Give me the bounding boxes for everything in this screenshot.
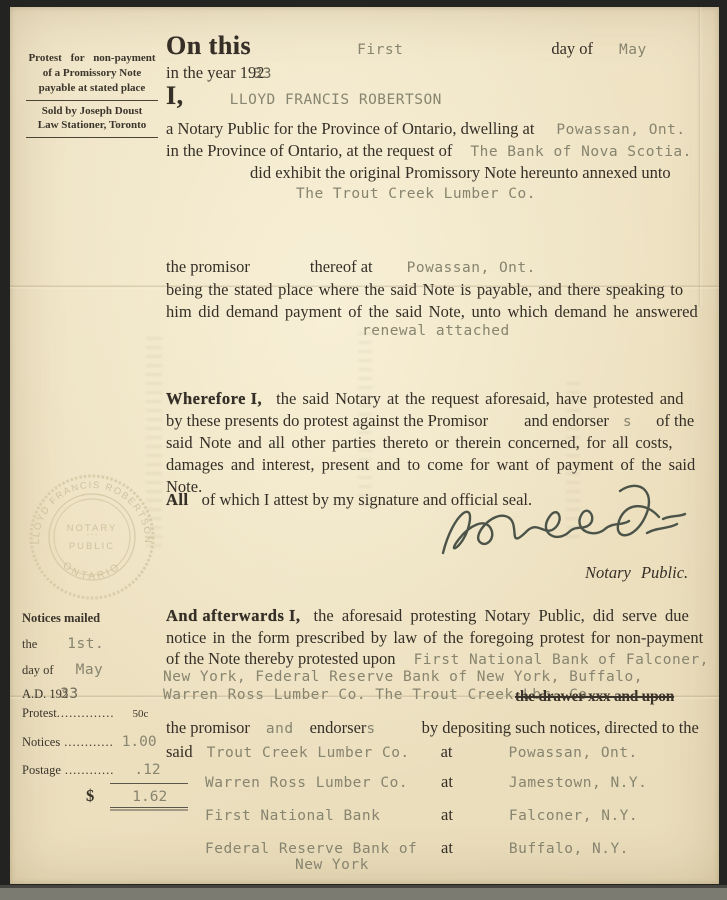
stamp-line: of a Promissory Note — [20, 66, 164, 81]
seal-dashes: - - - — [87, 532, 99, 539]
said-label: said — [166, 742, 193, 761]
endorser-s-typed: s — [623, 414, 632, 430]
mailed-day-value: 1st. — [67, 636, 104, 652]
promisor-company: The Trout Creek Lumber Co. — [296, 186, 536, 202]
demand-place: Powassan, Ont. — [407, 260, 536, 276]
year-label: in the year 192 — [166, 63, 265, 82]
seal-arc-bottom-text: ONTARIO — [60, 560, 123, 582]
intro-line: did exhibit the original Promissory Note… — [250, 163, 671, 182]
stationer-stamp: Protest for non-payment of a Promissory … — [20, 51, 164, 141]
svg-text:ONTARIO: ONTARIO — [60, 560, 123, 582]
stamp-line: Protest for non-payment — [20, 51, 164, 66]
stamp-rule — [26, 137, 158, 138]
notary-seal: LLOYD FRANCIS ROBERTSON ONTARIO NOTARY -… — [26, 471, 158, 603]
total-rule — [110, 783, 188, 784]
stamp-rule — [26, 100, 158, 101]
demand-line: being the stated place where the said No… — [166, 280, 683, 299]
fee-label: Postage — [22, 763, 61, 777]
wherefore-line: and endorser — [524, 411, 609, 430]
service-row: First National Bank at Falconer, N.Y. — [205, 805, 638, 825]
afterwards-word: And afterwards I, — [166, 606, 301, 625]
currency-sign: $ — [86, 786, 94, 805]
fee-total-value: 1.62 — [132, 789, 167, 805]
fee-dots: .............. — [57, 706, 115, 720]
total-double-rule — [110, 807, 188, 808]
served-place: Buffalo, N.Y. — [509, 841, 629, 857]
stamp-line: Sold by Joseph Doust — [20, 104, 164, 119]
notary-name: LLOYD FRANCIS ROBERTSON — [230, 92, 442, 108]
notified-party: New York, Federal Reserve Bank of New Yo… — [163, 669, 643, 685]
service-row: said Trout Creek Lumber Co. at Powassan,… — [166, 742, 638, 762]
afterwards-line: notice in the form prescribed by law of … — [166, 628, 703, 647]
fee-value: 50c — [132, 708, 148, 720]
wherefore-line: said Note and all other parties thereto … — [166, 433, 673, 452]
fee-dots: ............ — [65, 763, 115, 777]
fee-dots: ............ — [64, 735, 114, 749]
afterwards-line: the aforesaid protesting Notary Public, … — [314, 606, 689, 625]
attest-word: All — [166, 490, 189, 509]
wherefore-line: by these presents do protest against the… — [166, 411, 488, 430]
answer-value: renewal attached — [362, 323, 510, 339]
service-row: Warren Ross Lumber Co. at Jamestown, N.Y… — [205, 772, 647, 792]
served-name: First National Bank — [205, 808, 437, 824]
year-typed: 33 — [254, 66, 272, 82]
intro-line: in the Province of Ontario, at the reque… — [166, 141, 452, 160]
wherefore-line: of the — [656, 411, 694, 430]
dwelling-place: Powassan, Ont. — [556, 122, 685, 138]
served-name-line2: New York — [295, 857, 369, 873]
day-of-label: day of — [22, 663, 54, 677]
notices-mailed-label: Notices mailed — [22, 611, 100, 625]
ad-year-typed: 33 — [60, 686, 78, 702]
served-name: Warren Ross Lumber Co. — [205, 775, 437, 791]
day-of-label: day of — [551, 39, 593, 58]
notary-public-label: Notary Public. — [585, 563, 688, 582]
the-label: the — [22, 637, 37, 651]
demand-line: him did demand payment of the said Note,… — [166, 302, 698, 321]
service-intro: by depositing such notices, directed to … — [422, 718, 699, 737]
wherefore-line: the said Notary at the request aforesaid… — [276, 389, 683, 408]
on-this-heading: On this — [166, 31, 251, 60]
served-place: Falconer, N.Y. — [509, 808, 638, 824]
wherefore-line: damages and interest, present and to com… — [166, 455, 695, 474]
mailed-month-value: May — [76, 662, 104, 678]
endorser-s-typed: s — [366, 721, 375, 737]
stamp-line: payable at stated place — [20, 81, 164, 96]
service-row-cont: New York — [295, 856, 369, 874]
at-label: at — [441, 805, 453, 824]
served-name: Trout Creek Lumber Co. — [207, 745, 437, 761]
fee-label: Notices — [22, 735, 60, 749]
photo-frame-strip — [0, 888, 727, 900]
served-place: Jamestown, N.Y. — [509, 775, 647, 791]
struck-out-text: the drawer xxx and upon — [515, 688, 674, 705]
served-place: Powassan, Ont. — [509, 745, 638, 761]
fee-value: .12 — [134, 762, 160, 778]
seal-center-text: PUBLIC — [69, 541, 115, 552]
service-intro: endorser — [310, 718, 367, 737]
stamp-line: Law Stationer, Toronto — [20, 118, 164, 133]
notary-signature — [435, 475, 690, 575]
document-photo: Protest for non-payment of a Promissory … — [0, 0, 727, 900]
fee-row-notices: Notices ............ 1.00 — [22, 733, 182, 751]
intro-line: a Notary Public for the Province of Onta… — [166, 119, 534, 138]
served-name: Federal Reserve Bank of — [205, 841, 437, 857]
at-label: at — [441, 772, 453, 791]
month-value: May — [619, 42, 647, 58]
wherefore-word: Wherefore I, — [166, 389, 262, 408]
fee-total-row: $ 1.62 — [86, 786, 167, 806]
notified-party: First National Bank of Falconer, — [414, 652, 709, 668]
demand-line: thereof at — [310, 257, 373, 276]
at-label: at — [441, 838, 453, 857]
requesting-party: The Bank of Nova Scotia. — [470, 144, 692, 160]
demand-line: the promisor — [166, 257, 250, 276]
afterwards-line: of the Note thereby protested upon — [166, 649, 396, 668]
document-page: Protest for non-payment of a Promissory … — [10, 7, 719, 884]
service-row: Federal Reserve Bank of at Buffalo, N.Y. — [205, 838, 629, 858]
fee-label: Protest — [22, 706, 57, 720]
and-typed: and — [266, 721, 294, 737]
fee-row-protest: Protest.............. 50c — [22, 704, 182, 722]
fold-crease — [698, 7, 702, 307]
i-word: I, — [166, 81, 184, 110]
fee-row-postage: Postage ............ .12 — [22, 761, 182, 779]
fee-value: 1.00 — [122, 734, 157, 750]
day-value: First — [357, 42, 403, 58]
service-intro: the promisor — [166, 718, 250, 737]
at-label: at — [441, 742, 453, 761]
